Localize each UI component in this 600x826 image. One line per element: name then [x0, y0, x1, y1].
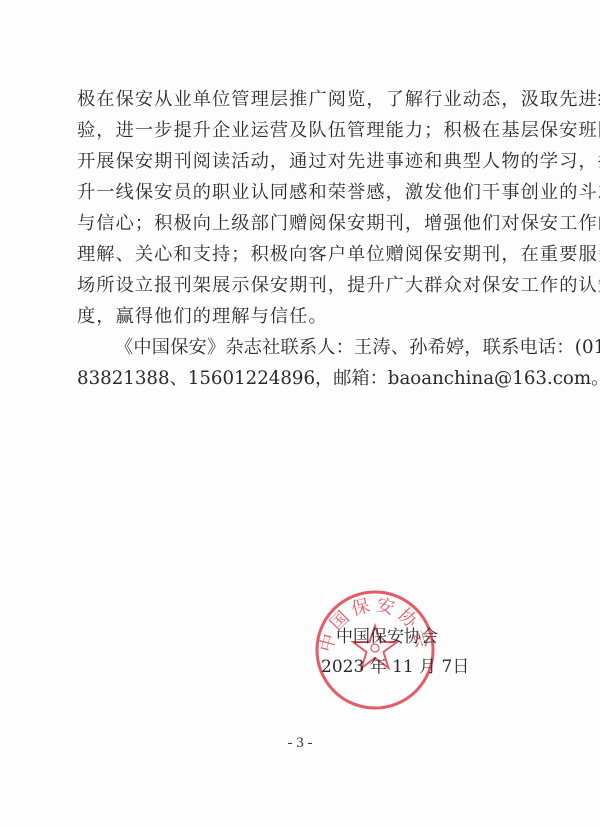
page-number: - 3 -	[0, 735, 600, 752]
paragraph-line: 与信心；积极向上级部门赠阅保安期刊，增强他们对保安工作的	[77, 208, 523, 239]
paragraph-line: 场所设立报刊架展示保安期刊，提升广大群众对保安工作的认知	[77, 270, 523, 301]
contact-line: 83821388、15601224896，邮箱：baoanchina@163.c…	[77, 363, 523, 394]
signature-organization: 中国保安协会	[336, 622, 496, 647]
paragraph-line: 理解、关心和支持；积极向客户单位赠阅保安期刊，在重要服务	[77, 239, 523, 270]
signature-date: 2023 年 11 月 7日	[321, 652, 481, 677]
official-seal-icon: 中国保安协会	[313, 588, 437, 712]
paragraph-line: 验，进一步提升企业运营及队伍管理能力；积极在基层保安班队	[77, 115, 523, 146]
paragraph-line: 升一线保安员的职业认同感和荣誉感，激发他们干事创业的斗志	[77, 177, 523, 208]
paragraph-line: 极在保安从业单位管理层推广阅览，了解行业动态，汲取先进经	[77, 84, 523, 115]
paragraph-line: 度，赢得他们的理解与信任。	[77, 301, 523, 332]
contact-line: 《中国保安》杂志社联系人：王涛、孙希婷，联系电话：(010)	[77, 332, 523, 363]
paragraph-line: 开展保安期刊阅读活动，通过对先进事迹和典型人物的学习，提	[77, 146, 523, 177]
document-body: 极在保安从业单位管理层推广阅览，了解行业动态，汲取先进经 验，进一步提升企业运营…	[77, 84, 523, 394]
document-page: 极在保安从业单位管理层推广阅览，了解行业动态，汲取先进经 验，进一步提升企业运营…	[0, 0, 600, 826]
